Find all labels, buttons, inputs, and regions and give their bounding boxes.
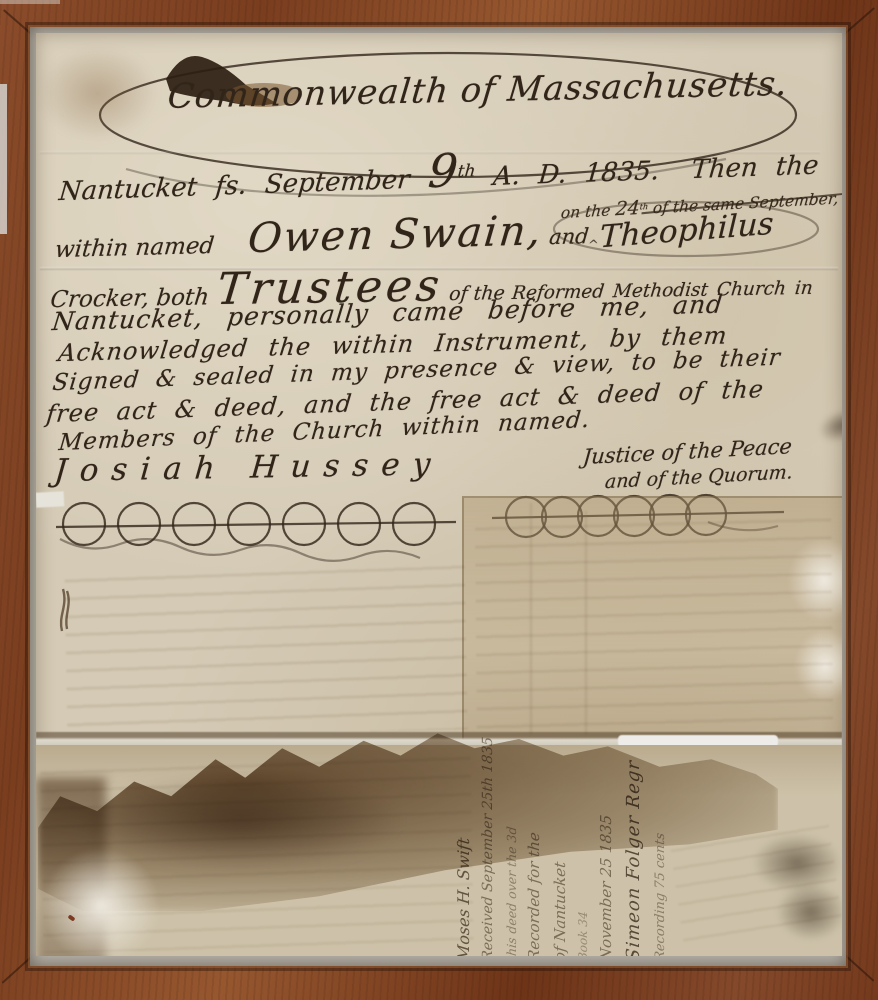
manuscript-paper: Commonwealth of Massachusetts. Nantucket… [36,33,842,956]
pen-loop-flourish-left [56,497,456,553]
dark-smudge [752,833,842,893]
dark-smudge [814,404,842,448]
fold-crease [40,151,820,154]
frame-opening-liner: Commonwealth of Massachusetts. Nantucket… [30,27,846,966]
dark-smudge [776,883,842,941]
water-stain-top-left [38,46,158,141]
paper-abrasion-patch [42,848,160,956]
framed-manuscript-photo: Commonwealth of Massachusetts. Nantucket… [0,0,878,1000]
wall-background-sliver [0,0,60,4]
signature-name: Josiah Hussey [53,446,445,489]
paper-tear [36,491,64,507]
fold-crease [40,267,838,270]
wall-background-sliver [0,84,7,234]
bleed-through-text [65,558,468,737]
bleed-through-text [475,509,833,732]
